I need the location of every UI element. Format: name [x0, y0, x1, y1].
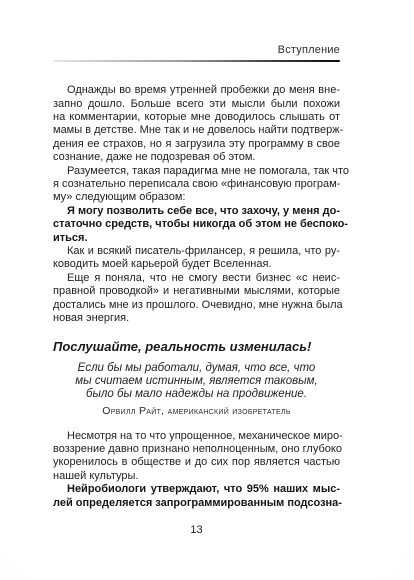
text-line: му» следующим образом:: [53, 191, 340, 204]
paragraph: Разумеется, такая парадигма мне не помог…: [53, 165, 340, 205]
paragraph: Я могу позволить себе все, что захочу, у…: [53, 205, 340, 245]
text-line: Однажды во время утренней пробежки до ме…: [53, 84, 340, 97]
text-line: достались мне из прошлого. Очевидно, мне…: [53, 299, 340, 312]
header-rule: [53, 60, 340, 62]
page-number: 13: [53, 524, 340, 536]
text-line: мамы в детстве. Мне так и не довелось на…: [53, 124, 340, 137]
epigraph-quote: Если бы мы работали, думая, что все, что…: [53, 362, 340, 402]
text-line: я сознательно переписала свою «финансову…: [53, 178, 340, 191]
paragraph: Еще я поняла, что не смогу вести бизнес …: [53, 272, 340, 326]
book-page: Вступление Однажды во время утренней про…: [0, 0, 414, 580]
text-line: иться.: [53, 232, 340, 245]
text-line: новая энергия.: [53, 312, 340, 325]
text-line: укоренилось в обществе и до сих пор явля…: [53, 456, 340, 469]
page-content: Вступление Однажды во время утренней про…: [53, 0, 340, 536]
page-body: Однажды во время утренней пробежки до ме…: [53, 84, 340, 510]
text-line: Если бы мы работали, думая, что все, что: [53, 362, 340, 375]
text-line: нашей культуры.: [53, 470, 340, 483]
paragraph: Как и всякий писатель-фрилансер, я решил…: [53, 245, 340, 272]
text-line: было бы мало надежды на продвижение.: [53, 388, 340, 401]
text-line: правной проводкой» и негативными мыслями…: [53, 285, 340, 298]
quote-attribution: Орвилл Райт, американский изобретатель: [53, 405, 340, 417]
running-head: Вступление: [53, 44, 340, 57]
section-heading: Послушайте, реальность изменилась!: [53, 339, 340, 355]
text-line: дения ее страхов, но я загрузила эту про…: [53, 138, 340, 151]
text-line: статочно средств, чтобы никогда об этом …: [53, 218, 340, 231]
text-line: Нейробиологи утверждают, что 95% наших м…: [53, 483, 340, 496]
text-line: Еще я поняла, что не смогу вести бизнес …: [53, 272, 340, 285]
paragraph: Нейробиологи утверждают, что 95% наших м…: [53, 483, 340, 510]
text-line: на комментарии, которые мне доводилось с…: [53, 111, 340, 124]
text-line: ководить моей карьерой будет Вселенная.: [53, 258, 340, 271]
paragraph: Несмотря на то что упрощенное, механичес…: [53, 430, 340, 484]
text-line: воззрение давно признано неполноценным, …: [53, 443, 340, 456]
text-line: Несмотря на то что упрощенное, механичес…: [53, 430, 340, 443]
text-line: запно дошло. Больше всего эти мысли были…: [53, 98, 340, 111]
text-line: сознание, даже не подозревая об этом.: [53, 151, 340, 164]
text-line: лей определяется запрограммированным под…: [53, 497, 340, 510]
text-line: Я могу позволить себе все, что захочу, у…: [53, 205, 340, 218]
text-line: Разумеется, такая парадигма мне не помог…: [53, 165, 340, 178]
text-line: Как и всякий писатель-фрилансер, я решил…: [53, 245, 340, 258]
text-line: мы считаем истинным, является таковым,: [53, 375, 340, 388]
paragraph: Однажды во время утренней пробежки до ме…: [53, 84, 340, 164]
